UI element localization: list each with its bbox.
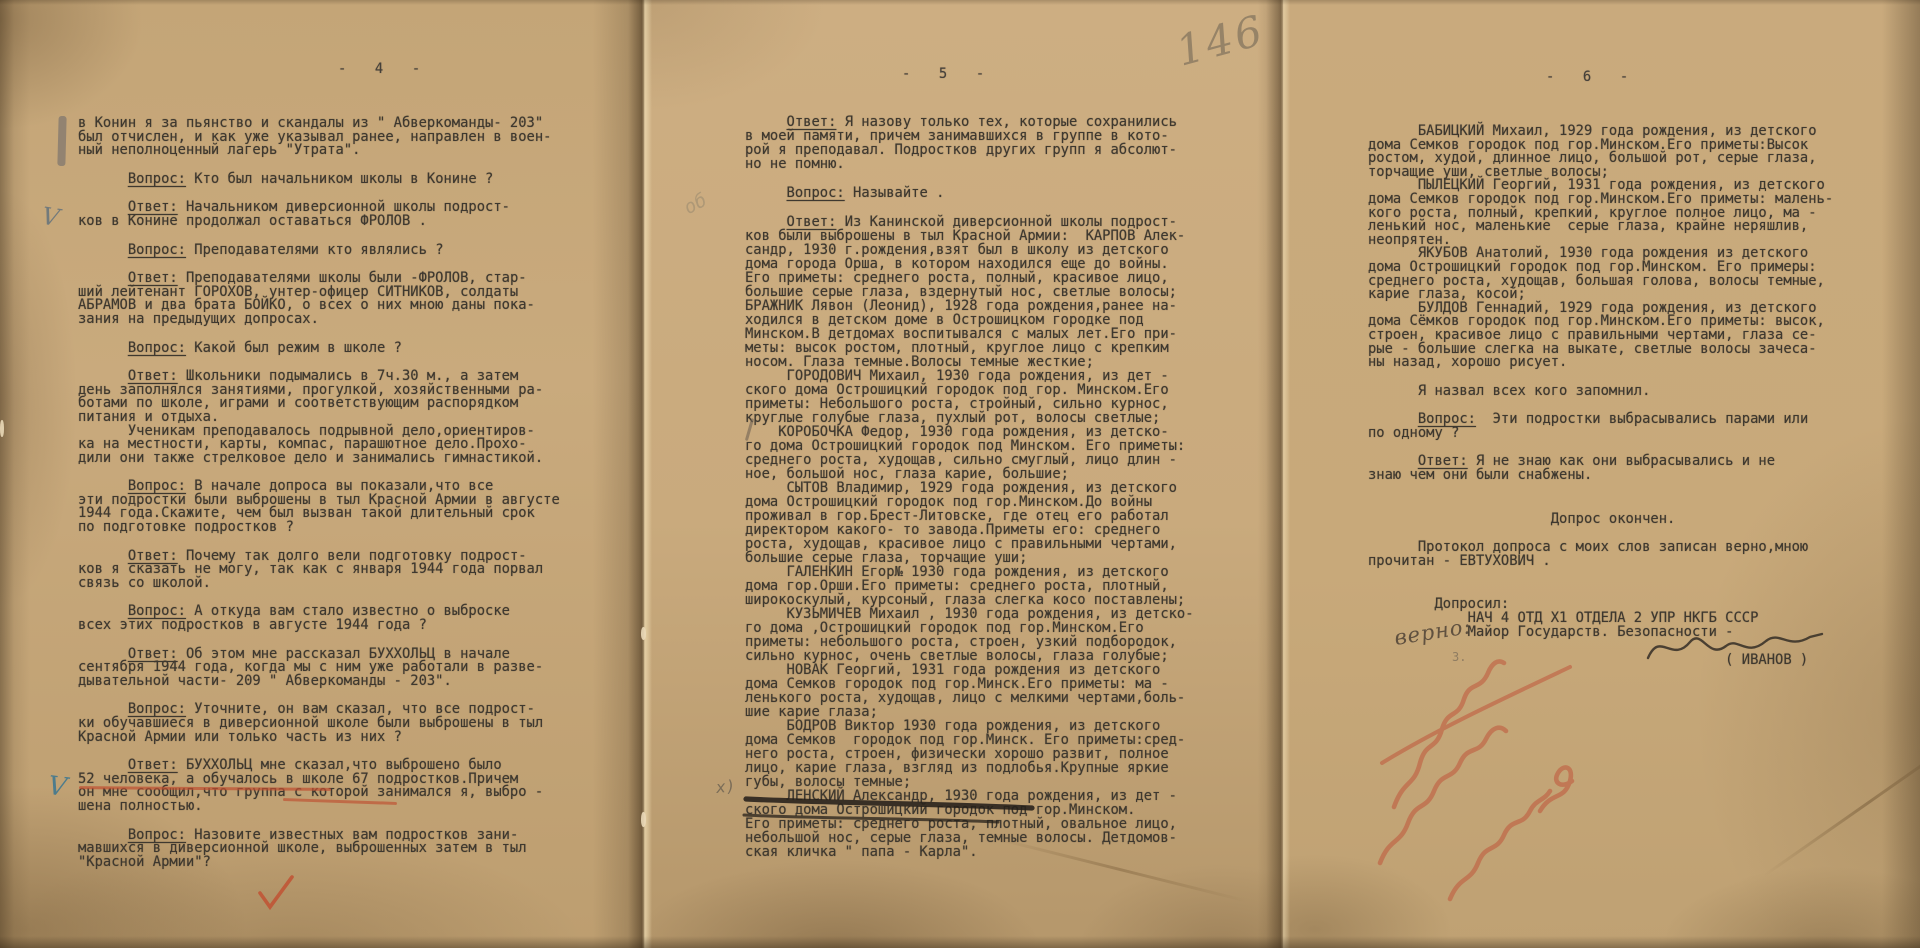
text-line: дили они также стрелковое дело и занимал… bbox=[78, 452, 560, 466]
scanned-document: - 4 - в Конин я за пьянство и скандалы и… bbox=[0, 0, 1920, 948]
text-line: по одному ? bbox=[1368, 427, 1833, 441]
text-line: связь со школой. bbox=[78, 577, 560, 591]
text-line: но не помню. bbox=[745, 157, 1194, 171]
text-line: шие карие глаза; bbox=[745, 705, 1194, 719]
text-line: директором какого- то завода.Приметы его… bbox=[745, 523, 1194, 537]
text-line: меты: высок ростом, плотный, круглое лиц… bbox=[745, 341, 1194, 355]
text-line: Допрос окончен. bbox=[1368, 513, 1833, 527]
paragraph-gap bbox=[745, 200, 1194, 215]
page-number-header: - 6 - bbox=[1546, 69, 1632, 85]
text-line: Майор Государств. Безопасности - bbox=[1368, 626, 1833, 640]
text-line: СЫТОВ Владимир, 1929 года рождения, из д… bbox=[745, 481, 1194, 495]
text-line: го дома Острошицкий городок под Минском.… bbox=[745, 439, 1194, 453]
text-line: дома Семков городок под гор.Минск.Его пр… bbox=[745, 677, 1194, 691]
typewritten-text-page-4: в Конин я за пьянство и скандалы из " Аб… bbox=[78, 117, 560, 869]
text-line: НОВАК Георгий, 1931 года рождения из дет… bbox=[745, 663, 1194, 677]
text-line: Его приметы: среднего роста, полный, кра… bbox=[745, 271, 1194, 285]
text-line: ны назад, хорошо рисует. bbox=[1368, 356, 1833, 370]
text-line: дома Семков городок под гор.Минск. Его п… bbox=[745, 733, 1194, 747]
text-line: ный неполноценный лагерь "Утрата". bbox=[78, 144, 560, 158]
text-line: всех этих подростков в августе 1944 года… bbox=[78, 619, 560, 633]
text-line: ков были выброшены в тыл Красной Армии: … bbox=[745, 229, 1194, 243]
text-line: ное, большой нос, глаза карие, большие; bbox=[745, 467, 1194, 481]
text-line: ленького роста, худощав, лицо с мелкими … bbox=[745, 691, 1194, 705]
text-line: проживал в гор.Брест-Литовске, где отец … bbox=[745, 509, 1194, 523]
text-line: КУЗЬМИЧЕВ Михаил , 1930 года рождения, и… bbox=[745, 607, 1194, 621]
text-line: Вопрос: Преподавателями кто являлись ? bbox=[78, 244, 560, 258]
text-line: среднего роста, худощав, сильно смуглый,… bbox=[745, 453, 1194, 467]
text-line: приметы: небольшого роста, строен, узкий… bbox=[745, 635, 1194, 649]
document-page-4: - 4 - в Конин я за пьянство и скандалы и… bbox=[0, 0, 644, 948]
text-line: ГОРОДОВИЧ Михаил, 1930 года рождения, из… bbox=[745, 369, 1194, 383]
paragraph-gap bbox=[745, 171, 1194, 186]
text-line: КОРОБОЧКА Федор, 1930 года рождения, из … bbox=[745, 425, 1194, 439]
text-line: ЛЕНСКИЙ Александр, 1930 года рождения, и… bbox=[745, 789, 1194, 803]
text-line: сандр, 1930 г.рождения,взят был в школу … bbox=[745, 243, 1194, 257]
text-line: зания на предыдущих допросах. bbox=[78, 313, 560, 327]
text-line: знаю чем они были снабжены. bbox=[1368, 469, 1833, 483]
typewritten-text-page-5: Ответ: Я назову только тех, которые сохр… bbox=[745, 115, 1194, 859]
text-line: ского дома Острошицкий городок под гор. … bbox=[745, 383, 1194, 397]
text-line: ходился в детском доме в Острошицком гор… bbox=[745, 313, 1194, 327]
text-line: Вопрос: Кто был начальником школы в Кони… bbox=[78, 173, 560, 187]
text-line: круглые голубые глаза, пухлый рот, волос… bbox=[745, 411, 1194, 425]
text-line: небольшой нос, серые глаза, темные волос… bbox=[745, 831, 1194, 845]
text-line: сильно курнос, очень светлые волосы, гла… bbox=[745, 649, 1194, 663]
text-line: БРАЖНИК Лявон (Леонид), 1928 года рожден… bbox=[745, 299, 1194, 313]
paragraph-gap bbox=[1368, 483, 1833, 498]
text-line: роста, худощав, красивое лицо с правильн… bbox=[745, 537, 1194, 551]
text-line: Его приметы: среднего роста, плотный, ов… bbox=[745, 817, 1194, 831]
text-line: прочитан - ЕВТУХОВИЧ . bbox=[1368, 555, 1833, 569]
text-line: рой я преподавал. Подростков других груп… bbox=[745, 143, 1194, 157]
text-line: дома гор.Орши.Его приметы: среднего рост… bbox=[745, 579, 1194, 593]
text-line: Ответ: Я назову только тех, которые сохр… bbox=[745, 115, 1194, 129]
text-line: "Красной Армии"? bbox=[78, 856, 560, 870]
text-line: носом. Глаза темные.Волосы темные жестки… bbox=[745, 355, 1194, 369]
text-line: дома города Орша, в котором находился ещ… bbox=[745, 257, 1194, 271]
text-line: шена полностью. bbox=[78, 800, 560, 814]
text-line: ского дома Острошицкий городок под гор.М… bbox=[745, 803, 1194, 817]
text-line: широкоскулый, курсоный, глаза слегка кос… bbox=[745, 593, 1194, 607]
page-number-header: - 5 - bbox=[902, 66, 988, 82]
paragraph-gap bbox=[1368, 568, 1833, 583]
text-line: ков в Конине продолжал оставаться ФРОЛОВ… bbox=[78, 215, 560, 229]
typewritten-text-page-6: БАБИЦКИЙ Михаил, 1929 года рождения, из … bbox=[1368, 125, 1833, 668]
page-number-header: - 4 - bbox=[338, 61, 424, 77]
text-line: ская кличка " папа - Карла". bbox=[745, 845, 1194, 859]
text-line: Вопрос: Называйте . bbox=[745, 186, 1194, 200]
text-line: губы, волосы темные; bbox=[745, 775, 1194, 789]
text-line: большие серые глаза, торчащие уши; bbox=[745, 551, 1194, 565]
text-line: БОДРОВ Виктор 1930 года рождения, из дет… bbox=[745, 719, 1194, 733]
text-line: в моей памяти, причем занимавшихся в гру… bbox=[745, 129, 1194, 143]
document-page-6: - 6 - БАБИЦКИЙ Михаил, 1929 года рождени… bbox=[1283, 0, 1920, 948]
text-line: по подготовке подростков ? bbox=[78, 521, 560, 535]
text-line: Минском.В детдомах воспитывался с малых … bbox=[745, 327, 1194, 341]
text-line: ГАЛЕНКИН Егор№ 1930 года рождения, из де… bbox=[745, 565, 1194, 579]
text-line: него роста, строен, физически хорошо раз… bbox=[745, 747, 1194, 761]
text-line: ( ИВАНОВ ) bbox=[1368, 654, 1833, 668]
text-line: Красной Армии или только часть из них ? bbox=[78, 731, 560, 745]
text-line: Я назвал всех кого запомнил. bbox=[1368, 385, 1833, 399]
text-line: Ответ: Из Канинской диверсионной школы п… bbox=[745, 215, 1194, 229]
text-line: дывательной части- 209 " Абверкоманды - … bbox=[78, 675, 560, 689]
text-line: дома Острошицкий городок под гор.Минском… bbox=[745, 495, 1194, 509]
text-line: лицо, карие глаза, взгляд из подлобья.Кр… bbox=[745, 761, 1194, 775]
text-line: большие серые глаза, вздернутый нос, све… bbox=[745, 285, 1194, 299]
text-line: Вопрос: Какой был режим в школе ? bbox=[78, 342, 560, 356]
document-page-5: - 5 - Ответ: Я назову только тех, которы… bbox=[644, 0, 1283, 948]
text-line: го дома ,Острошицкий городок под гор.Мин… bbox=[745, 621, 1194, 635]
text-line: приметы: Небольшого роста, стройный, сил… bbox=[745, 397, 1194, 411]
